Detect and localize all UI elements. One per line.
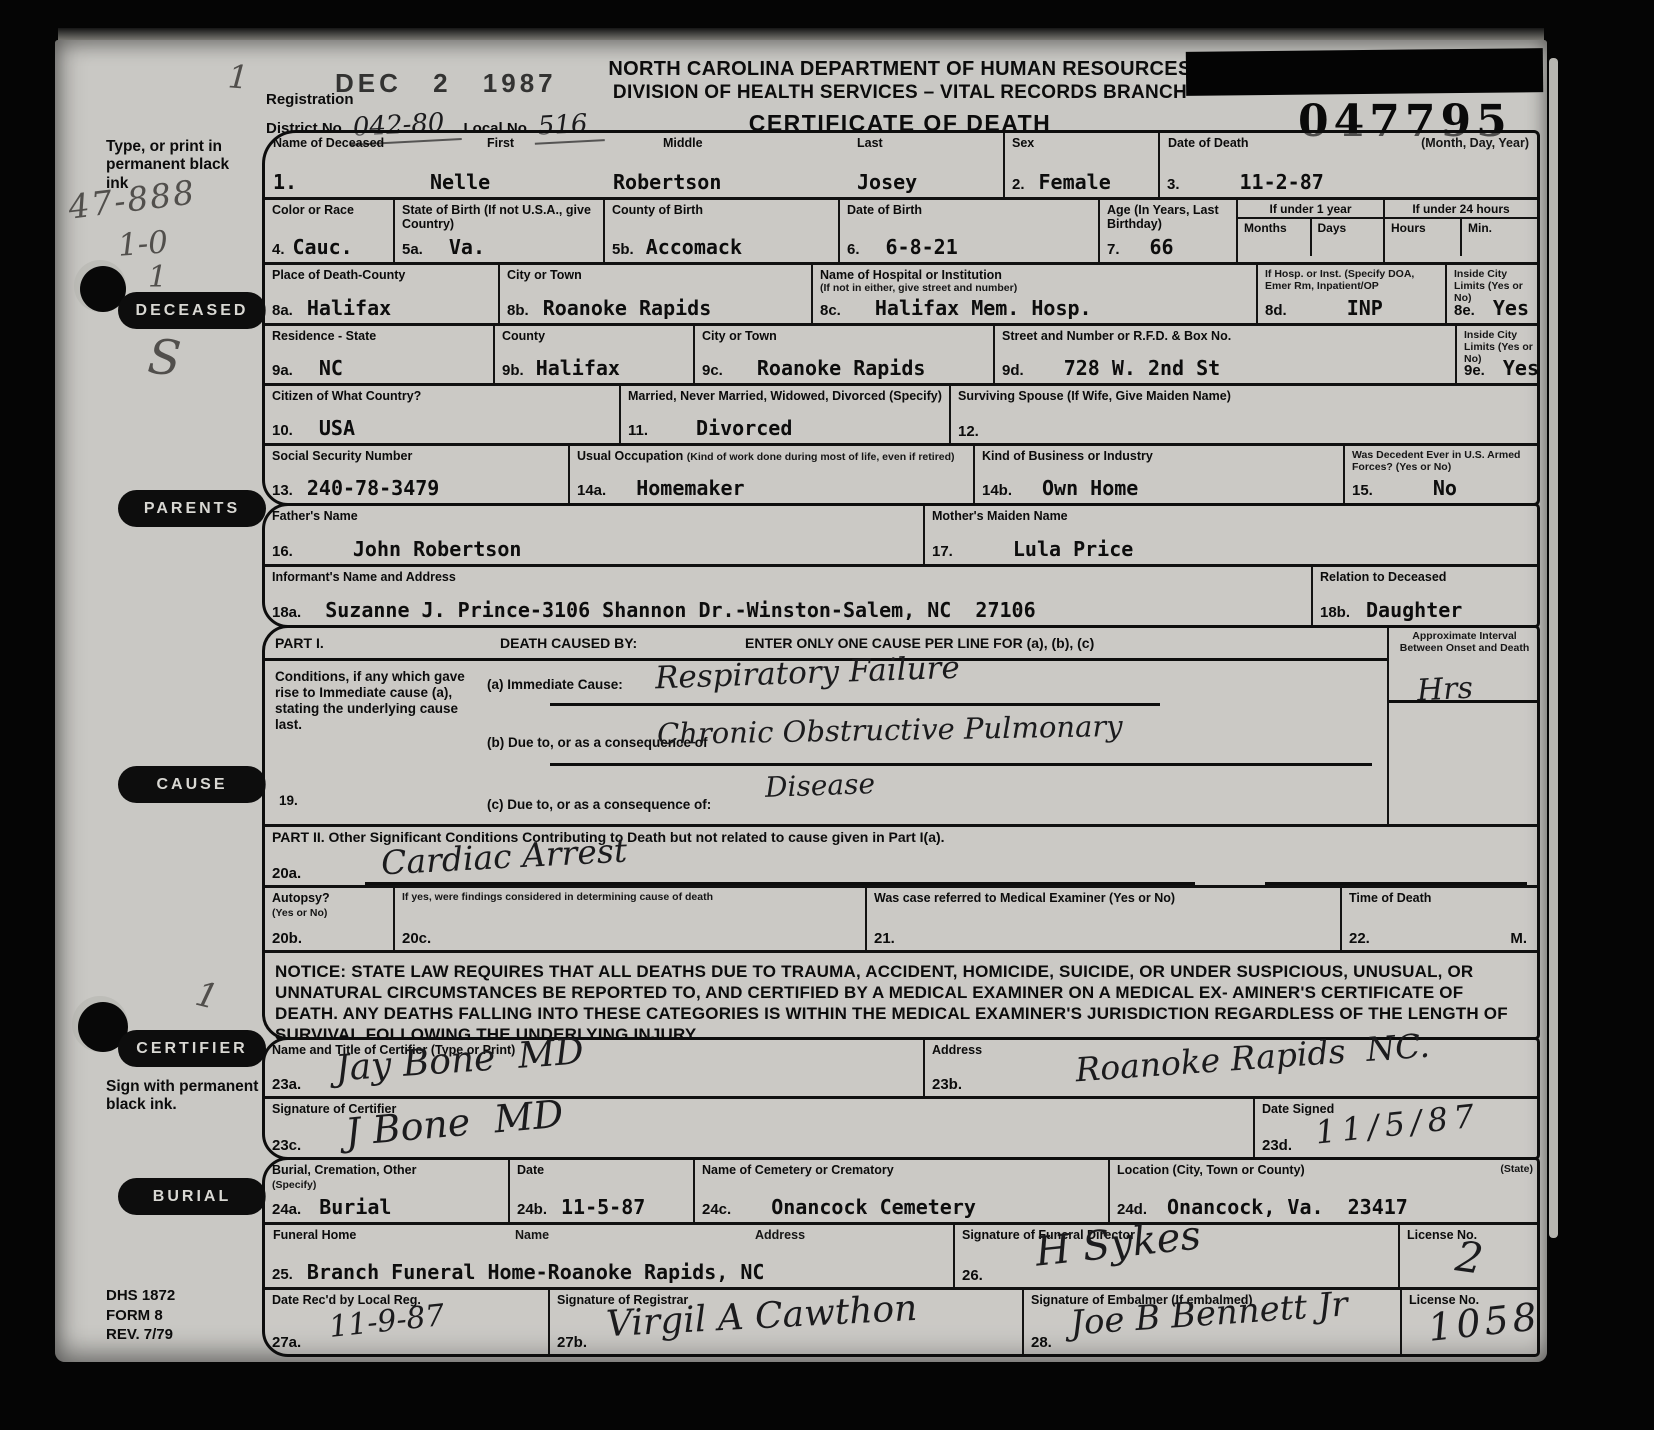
- field-inside-city-limits-8e: Inside City Limits (Yes or No) 8e.Yes: [1447, 265, 1537, 323]
- item-number: 9b.: [502, 362, 524, 379]
- item-number: 25.: [272, 1266, 293, 1283]
- item-number: 23a.: [272, 1076, 301, 1093]
- part1-main: PART I. DEATH CAUSED BY: ENTER ONLY ONE …: [265, 628, 1389, 824]
- field-residence-state: Residence - State 9a.NC: [265, 326, 495, 383]
- field-label: Funeral Home: [273, 1228, 356, 1242]
- informant-value: Suzanne J. Prince-3106 Shannon Dr.-Winst…: [325, 598, 1035, 622]
- field-citizen: Citizen of What Country? 10.USA: [265, 386, 621, 443]
- date-of-death-value: 11-2-87: [1240, 170, 1324, 194]
- item-number: 20b.: [272, 930, 302, 947]
- address-sublabel: Address: [755, 1228, 805, 1242]
- cause-b-underline: [550, 763, 1372, 766]
- field-father-name: Father's Name 16.John Robertson: [265, 506, 925, 564]
- field-sublabel: (Yes or No): [272, 907, 327, 919]
- item-number: 5a.: [402, 241, 423, 258]
- item-number: 9e.: [1464, 362, 1485, 379]
- agency-line1: NORTH CAROLINA DEPARTMENT OF HUMAN RESOU…: [570, 58, 1230, 81]
- father-name-value: John Robertson: [353, 537, 522, 561]
- interval-label: Approximate Interval Between Onset and D…: [1389, 628, 1537, 654]
- item-number: 8e.: [1454, 302, 1475, 319]
- group-label: If under 1 year: [1238, 200, 1383, 219]
- form-id-line3: REV. 7/79: [106, 1325, 175, 1345]
- field-label-text: Location (City, Town or County): [1117, 1163, 1305, 1177]
- field-mother-maiden-name: Mother's Maiden Name 17.Lula Price: [925, 506, 1537, 564]
- field-label: City or Town: [695, 326, 993, 343]
- field-label: Burial, Cremation, Other(Specify): [265, 1160, 508, 1191]
- group-label: If under 24 hours: [1385, 200, 1537, 219]
- item-number: 8a.: [272, 302, 293, 319]
- field-label: County of Birth: [605, 200, 838, 217]
- tab-certifier: CERTIFIER: [118, 1030, 266, 1067]
- item-number: 24d.: [1117, 1201, 1147, 1218]
- usual-occupation-value: Homemaker: [636, 476, 744, 500]
- row-funeral-home: Funeral Home Name Address 25.Branch Fune…: [265, 1225, 1537, 1290]
- field-hospital-type: If Hosp. or Inst. (Specify DOA, Emer Rm,…: [1258, 265, 1447, 323]
- field-label: Married, Never Married, Widowed, Divorce…: [621, 386, 949, 403]
- state-sublabel: (State): [1500, 1163, 1533, 1175]
- field-date-of-birth: Date of Birth 6.6-8-21: [840, 200, 1100, 262]
- part1-body: Conditions, if any which gave rise to Im…: [265, 661, 1387, 824]
- item-number: 10.: [272, 422, 293, 439]
- field-relation-to-deceased: Relation to Deceased 18b.Daughter: [1313, 567, 1537, 625]
- sex-value: Female: [1039, 170, 1111, 194]
- due-to-b-handwriting: Chronic Obstructive Pulmonary: [657, 709, 1123, 751]
- first-name-value: Nelle: [430, 170, 490, 194]
- row-residence: Residence - State 9a.NC County 9b.Halifa…: [265, 326, 1537, 386]
- cemetery-value: Onancock Cemetery: [771, 1195, 976, 1219]
- sign-ink-note: Sign with permanent black ink.: [106, 1078, 262, 1115]
- due-to-b-handwriting-line2: Disease: [764, 767, 875, 804]
- hospital-type-value: INP: [1347, 296, 1383, 320]
- field-label: County: [495, 326, 693, 343]
- form-id-line2: FORM 8: [106, 1306, 175, 1326]
- field-label: Informant's Name and Address: [265, 567, 1311, 584]
- item-number: 12.: [958, 423, 979, 440]
- conditions-note: Conditions, if any which gave rise to Im…: [275, 669, 471, 733]
- pencil-mark-s: S: [146, 329, 184, 388]
- field-certifier-name: Name and Title of Certifier (Type or Pri…: [265, 1040, 925, 1096]
- item-number: 16.: [272, 543, 293, 560]
- part2-underline: [365, 882, 1195, 885]
- field-street-number: Street and Number or R.F.D. & Box No. 9d…: [995, 326, 1457, 383]
- residence-state-value: NC: [319, 356, 343, 380]
- age-value: 66: [1150, 235, 1174, 259]
- certificate-form: Name of Deceased First Middle Last 1. Ne…: [262, 130, 1540, 1357]
- column-last-label: Last: [857, 136, 883, 150]
- row-occupation: Social Security Number 13.240-78-3479 Us…: [265, 446, 1537, 503]
- field-sublabel: (Specify): [272, 1179, 316, 1191]
- field-label-text: Autopsy?: [272, 891, 330, 905]
- column-middle-label: Middle: [663, 136, 703, 150]
- item-number: 23b.: [932, 1076, 962, 1093]
- burial-location-value: Onancock, Va. 23417: [1167, 1195, 1408, 1219]
- field-label: Relation to Deceased: [1313, 567, 1537, 584]
- field-date-signed: Date Signed 23d. 11/5/87: [1255, 1099, 1537, 1157]
- agency-header: NORTH CAROLINA DEPARTMENT OF HUMAN RESOU…: [570, 58, 1230, 137]
- part1-interval-column: Approximate Interval Between Onset and D…: [1389, 628, 1537, 824]
- item-number: 9d.: [1002, 362, 1024, 379]
- field-label: Residence - State: [265, 326, 493, 343]
- agency-line2: DIVISION OF HEALTH SERVICES – VITAL RECO…: [570, 82, 1230, 104]
- field-marital-status: Married, Never Married, Widowed, Divorce…: [621, 386, 951, 443]
- days-label: Days: [1312, 219, 1384, 256]
- hospital-value: Halifax Mem. Hosp.: [875, 296, 1092, 320]
- marital-status-value: Divorced: [696, 416, 792, 440]
- min-label: Min.: [1462, 219, 1537, 256]
- residence-city-value: Roanoke Rapids: [757, 356, 926, 380]
- field-label: Citizen of What Country?: [265, 386, 619, 403]
- item-number: 8c.: [820, 302, 841, 319]
- field-date-received: Date Rec'd by Local Reg. 27a. 11-9-87: [265, 1290, 550, 1354]
- field-embalmer-signature: Signature of Embalmer (If embalmed) 28. …: [1024, 1290, 1402, 1354]
- street-number-value: 728 W. 2nd St: [1064, 356, 1221, 380]
- form-identifier: DHS 1872 FORM 8 REV. 7/79: [106, 1286, 175, 1345]
- field-time-of-death: Time of Death 22. M.: [1342, 888, 1537, 950]
- place-of-death-county-value: Halifax: [307, 296, 391, 320]
- item-number: 4.: [272, 241, 285, 258]
- field-date-of-death: Date of Death (Month, Day, Year) 3.11-2-…: [1160, 133, 1537, 197]
- field-label: Kind of Business or Industry: [975, 446, 1343, 463]
- field-medical-examiner-referral: Was case referred to Medical Examiner (Y…: [867, 888, 1342, 950]
- field-burial-date: Date 24b.11-5-87: [510, 1160, 695, 1222]
- business-industry-value: Own Home: [1042, 476, 1138, 500]
- row-certifier-name: Name and Title of Certifier (Type or Pri…: [265, 1040, 1537, 1099]
- row-burial: Burial, Cremation, Other(Specify) 24a.Bu…: [265, 1160, 1537, 1225]
- field-state-of-birth: State of Birth (If not U.S.A., give Coun…: [395, 200, 605, 262]
- item-number: 9a.: [272, 362, 293, 379]
- field-label: State of Birth (If not U.S.A., give Coun…: [395, 200, 603, 231]
- field-label: Name of Deceased: [273, 136, 384, 150]
- field-label: Location (City, Town or County) (State): [1110, 1160, 1537, 1177]
- row-registrar: Date Rec'd by Local Reg. 27a. 11-9-87 Si…: [265, 1290, 1537, 1354]
- section-parents: Father's Name 16.John Robertson Mother's…: [262, 503, 1540, 628]
- field-label-text: Burial, Cremation, Other: [272, 1163, 416, 1177]
- field-label: Was case referred to Medical Examiner (Y…: [867, 888, 1340, 905]
- field-label: City or Town: [500, 265, 811, 282]
- tab-parents: PARENTS: [118, 490, 266, 527]
- item-number: 17.: [932, 543, 953, 560]
- relation-value: Daughter: [1366, 598, 1462, 622]
- item-number: 20c.: [402, 930, 431, 947]
- field-label: Father's Name: [265, 506, 923, 523]
- section-deceased: Name of Deceased First Middle Last 1. Ne…: [262, 130, 1540, 506]
- item-number: 14a.: [577, 482, 606, 499]
- date-of-birth-value: 6-8-21: [886, 235, 958, 259]
- item-number: 27b.: [557, 1334, 587, 1351]
- time-m-label: M.: [1510, 930, 1527, 947]
- item-number: 5b.: [612, 241, 634, 258]
- field-label: Date: [510, 1160, 693, 1177]
- part2-cell: PART II. Other Significant Conditions Co…: [265, 827, 1537, 885]
- field-sublabel: (If not in either, give street and numbe…: [813, 282, 1256, 294]
- field-label: Place of Death-County: [265, 265, 498, 282]
- row-citizenship: Citizen of What Country? 10.USA Married,…: [265, 386, 1537, 446]
- death-caused-by-label: DEATH CAUSED BY:: [500, 635, 637, 651]
- tab-cause: CAUSE: [118, 766, 266, 803]
- item-number: 24c.: [702, 1201, 731, 1218]
- item-number: 24b.: [517, 1201, 547, 1218]
- field-sublabel: (Kind of work done during most of life, …: [687, 451, 955, 463]
- item-number-19: 19.: [279, 793, 298, 808]
- field-registrar-signature: Signature of Registrar 27b. Virgil A Caw…: [550, 1290, 1024, 1354]
- last-name-value: Josey: [857, 170, 917, 194]
- field-place-of-death-county: Place of Death-County 8a.Halifax: [265, 265, 500, 323]
- interval-underline: [1389, 700, 1537, 703]
- field-burial-type: Burial, Cremation, Other(Specify) 24a.Bu…: [265, 1160, 510, 1222]
- field-label: Autopsy?(Yes or No): [265, 888, 393, 919]
- immediate-cause-label: (a) Immediate Cause:: [487, 677, 623, 692]
- pencil-mark-1-0: 1-0: [117, 224, 169, 263]
- item-number: 14b.: [982, 482, 1012, 499]
- burial-date-value: 11-5-87: [561, 1195, 645, 1219]
- field-residence-county: County 9b.Halifax: [495, 326, 695, 383]
- field-sublabel: (Month, Day, Year): [1421, 136, 1529, 150]
- notice-cell: NOTICE: STATE LAW REQUIRES THAT ALL DEAT…: [265, 953, 1537, 1037]
- race-value: Cauc.: [293, 235, 353, 259]
- field-label: Name of Hospital or Institution: [813, 265, 1256, 282]
- section-burial: Burial, Cremation, Other(Specify) 24a.Bu…: [262, 1157, 1540, 1357]
- pencil-mark-top: 1: [227, 57, 250, 96]
- scanned-death-certificate: DEC 2 1987 Registration District No. 042…: [0, 0, 1654, 1430]
- form-id-line1: DHS 1872: [106, 1286, 175, 1306]
- part2-block: PART II. Other Significant Conditions Co…: [265, 827, 1537, 888]
- item-number: 3.: [1167, 176, 1180, 193]
- row-name: Name of Deceased First Middle Last 1. Ne…: [265, 133, 1537, 200]
- row-notice: NOTICE: STATE LAW REQUIRES THAT ALL DEAT…: [265, 953, 1537, 1037]
- section-certifier: Name and Title of Certifier (Type or Pri…: [262, 1037, 1540, 1160]
- item-number: 27a.: [272, 1334, 301, 1351]
- one-cause-per-line-label: ENTER ONLY ONE CAUSE PER LINE FOR (a), (…: [745, 635, 1094, 651]
- field-label: Time of Death: [1342, 888, 1537, 905]
- field-certifier-address: Address 23b. Roanoke Rapids NC.: [925, 1040, 1537, 1096]
- armed-forces-value: No: [1433, 476, 1457, 500]
- field-label: If Hosp. or Inst. (Specify DOA, Emer Rm,…: [1258, 265, 1445, 292]
- field-label: Color or Race: [265, 200, 393, 217]
- field-place-of-death-city: City or Town 8b.Roanoke Rapids: [500, 265, 813, 323]
- county-of-birth-value: Accomack: [646, 235, 742, 259]
- field-surviving-spouse: Surviving Spouse (If Wife, Give Maiden N…: [951, 386, 1537, 443]
- field-label: Date of Birth: [840, 200, 1098, 217]
- row-place-of-death: Place of Death-County 8a.Halifax City or…: [265, 265, 1537, 326]
- months-label: Months: [1238, 219, 1312, 256]
- field-residence-city: City or Town 9c.Roanoke Rapids: [695, 326, 995, 383]
- item-number: 18b.: [1320, 604, 1350, 621]
- item-number: 9c.: [702, 362, 723, 379]
- field-embalmer-license: License No. 1058: [1402, 1290, 1537, 1354]
- part2-underline-right: [1265, 882, 1527, 885]
- tab-deceased: DECEASED: [118, 292, 266, 329]
- section-cause: PART I. DEATH CAUSED BY: ENTER ONLY ONE …: [262, 625, 1540, 1040]
- item-number: 21.: [874, 930, 895, 947]
- group-if-under-24-hours: If under 24 hours Hours Min.: [1385, 200, 1537, 262]
- field-label: Social Security Number: [265, 446, 568, 463]
- field-label: Name of Cemetery or Crematory: [695, 1160, 1108, 1177]
- field-county-of-birth: County of Birth 5b.Accomack: [605, 200, 840, 262]
- middle-name-value: Robertson: [613, 170, 721, 194]
- item-number: 23d.: [1262, 1137, 1292, 1154]
- field-funeral-license: License No. 2: [1400, 1225, 1537, 1287]
- field-informant: Informant's Name and Address 18a.Suzanne…: [265, 567, 1313, 625]
- place-of-death-city-value: Roanoke Rapids: [543, 296, 712, 320]
- field-business-industry: Kind of Business or Industry 14b.Own Hom…: [975, 446, 1345, 503]
- group-if-under-1-year: If under 1 year Months Days: [1238, 200, 1385, 262]
- ssn-value: 240-78-3479: [307, 476, 439, 500]
- due-to-c-label: (c) Due to, or as a consequence of:: [487, 797, 711, 812]
- field-label: Surviving Spouse (If Wife, Give Maiden N…: [951, 386, 1537, 403]
- field-usual-occupation: Usual Occupation (Kind of work done duri…: [570, 446, 975, 503]
- registration-label: Registration: [266, 92, 354, 109]
- funeral-license-handwriting: 2: [1453, 1231, 1486, 1283]
- received-date-stamp: DEC 2 1987: [335, 68, 557, 99]
- item-number: 13.: [272, 482, 293, 499]
- tab-burial: BURIAL: [118, 1178, 266, 1215]
- row-parents: Father's Name 16.John Robertson Mother's…: [265, 506, 1537, 567]
- citizen-value: USA: [319, 416, 355, 440]
- field-sex: Sex 2.Female: [1005, 133, 1160, 197]
- field-label: Street and Number or R.F.D. & Box No.: [995, 326, 1455, 343]
- field-label: Mother's Maiden Name: [925, 506, 1537, 523]
- field-armed-forces: Was Decedent Ever in U.S. Armed Forces? …: [1345, 446, 1537, 503]
- field-color-race: Color or Race 4.Cauc.: [265, 200, 395, 262]
- row-informant: Informant's Name and Address 18a.Suzanne…: [265, 567, 1537, 625]
- field-certifier-signature: Signature of Certifier 23c. J Bone MD: [265, 1099, 1255, 1157]
- field-label: Was Decedent Ever in U.S. Armed Forces? …: [1345, 446, 1537, 473]
- item-number: 8b.: [507, 302, 529, 319]
- item-number: 18a.: [272, 604, 301, 621]
- field-label-text: Usual Occupation: [577, 449, 683, 463]
- funeral-home-value: Branch Funeral Home-Roanoke Rapids, NC: [307, 1260, 765, 1284]
- item-number: 1.: [273, 170, 297, 194]
- field-label: Sex: [1005, 133, 1158, 150]
- field-funeral-home: Funeral Home Name Address 25.Branch Fune…: [265, 1225, 955, 1287]
- item-number: 22.: [1349, 930, 1370, 947]
- part1-block: PART I. DEATH CAUSED BY: ENTER ONLY ONE …: [265, 628, 1537, 827]
- item-number: 15.: [1352, 482, 1373, 499]
- row-autopsy: Autopsy?(Yes or No) 20b. If yes, were fi…: [265, 888, 1537, 953]
- field-age: Age (In Years, Last Birthday) 7.66: [1100, 200, 1238, 262]
- field-ssn: Social Security Number 13.240-78-3479: [265, 446, 570, 503]
- item-number: 20a.: [272, 865, 301, 882]
- mother-maiden-name-value: Lula Price: [1013, 537, 1133, 561]
- field-burial-location: Location (City, Town or County) (State) …: [1110, 1160, 1537, 1222]
- field-findings-considered: If yes, were findings considered in dete…: [395, 888, 867, 950]
- pencil-mark-1: 1: [148, 260, 167, 295]
- row-certifier-signature: Signature of Certifier 23c. J Bone MD Da…: [265, 1099, 1537, 1157]
- field-label: If yes, were findings considered in dete…: [395, 888, 865, 903]
- column-first-label: First: [487, 136, 514, 150]
- right-page-edge: [1549, 58, 1558, 1238]
- field-label: Usual Occupation (Kind of work done duri…: [570, 446, 973, 463]
- field-inside-city-limits-9e: Inside City Limits (Yes or No) 9e.Yes: [1457, 326, 1537, 383]
- field-hospital: Name of Hospital or Institution (If not …: [813, 265, 1258, 323]
- item-number: 8d.: [1265, 302, 1287, 319]
- part1-label: PART I.: [275, 635, 324, 651]
- residence-county-value: Halifax: [536, 356, 620, 380]
- field-label: Date of Death: [1168, 136, 1249, 150]
- hours-label: Hours: [1385, 219, 1462, 256]
- item-number: 24a.: [272, 1201, 301, 1218]
- item-number: 6.: [847, 241, 860, 258]
- inside-city-limits-9e-value: Yes: [1503, 356, 1539, 380]
- item-number: 2.: [1012, 176, 1025, 193]
- inside-city-limits-8e-value: Yes: [1493, 296, 1529, 320]
- field-cemetery: Name of Cemetery or Crematory 24c.Onanco…: [695, 1160, 1110, 1222]
- field-label: Age (In Years, Last Birthday): [1100, 200, 1236, 231]
- item-number: 7.: [1107, 241, 1120, 258]
- redaction-bar: [1186, 48, 1543, 96]
- item-number: 11.: [628, 422, 648, 439]
- state-of-birth-value: Va.: [449, 235, 485, 259]
- field-funeral-director-signature: Signature of Funeral Director 26. H Syke…: [955, 1225, 1400, 1287]
- item-number: 28.: [1031, 1334, 1052, 1351]
- row-birth: Color or Race 4.Cauc. State of Birth (If…: [265, 200, 1537, 265]
- field-name-of-deceased: Name of Deceased First Middle Last 1. Ne…: [265, 133, 1005, 197]
- cause-a-underline: [550, 703, 1160, 706]
- item-number: 23c.: [272, 1137, 301, 1154]
- item-number: 26.: [962, 1267, 983, 1284]
- name-sublabel: Name: [515, 1228, 549, 1242]
- field-autopsy: Autopsy?(Yes or No) 20b.: [265, 888, 395, 950]
- burial-type-value: Burial: [319, 1195, 391, 1219]
